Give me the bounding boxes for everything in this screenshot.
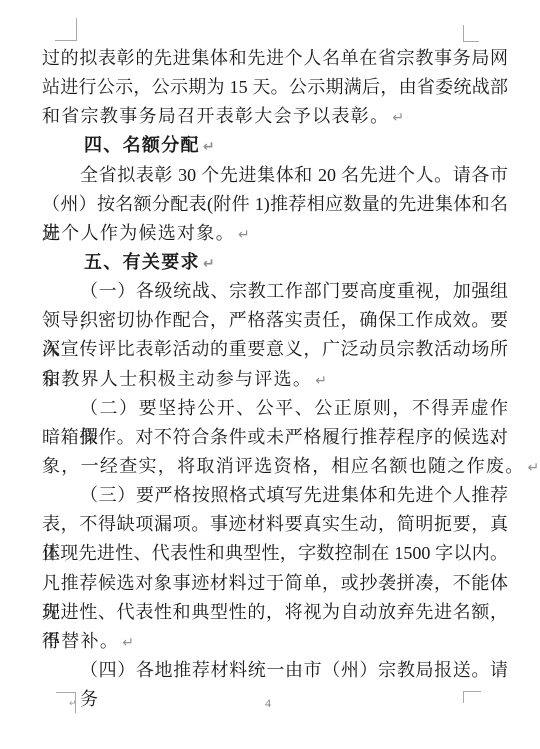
crop-mark-top-left (55, 18, 77, 41)
section-heading: 五、有关要求↵ (42, 248, 508, 277)
text-line: 和省宗教事务局召开表彰大会予以表彰。↵ (42, 102, 508, 131)
text-line-content: 过的拟表彰的先进集体和先进个人名单在省宗教事务局网 (42, 48, 508, 68)
text-line: （四）各地推荐材料统一由市（州）宗教局报送。请务 (42, 656, 508, 685)
text-line: 得替补。↵ (42, 627, 508, 656)
text-line: 暗箱操作。对不符合条件或未严格履行推荐程序的候选对 (42, 423, 508, 452)
text-line: 入宣传评比表彰活动的重要意义，广泛动员宗教活动场所和 (42, 335, 508, 364)
text-line: 领导，密切协作配合，严格落实责任，确保工作成效。要深 (42, 306, 508, 335)
text-line: 表，不得缺项漏项。事迹材料要真实生动，简明扼要，真正 (42, 510, 508, 539)
text-line-content: （四）各地推荐材料统一由市（州）宗教局报送。请务 (80, 660, 508, 709)
text-line: 象，一经查实，将取消评选资格，相应名额也随之作废。↵ (42, 452, 508, 481)
text-line-content: 进个人作为候选对象。 (42, 223, 235, 243)
text-line: （一）各级统战、宗教工作部门要高度重视，加强组织 (42, 277, 508, 306)
text-line: 先进性、代表性和典型性的，将视为自动放弃先进名额，不 (42, 598, 508, 627)
text-line-content: 体现先进性、代表性和典型性，字数控制在 1500 字以内。 (42, 543, 508, 563)
paragraph-return-mark: ↵ (203, 139, 215, 155)
document-page: 过的拟表彰的先进集体和先进个人名单在省宗教事务局网站进行公示，公示期为 15 天… (0, 0, 540, 749)
paragraph-return-mark: ↵ (392, 110, 404, 126)
text-line-content: 象，一经查实，将取消评选资格，相应名额也随之作废。 (42, 456, 525, 476)
section-heading: 四、名额分配↵ (42, 131, 508, 160)
text-line-content: （三）要严格按照格式填写先进集体和先进个人推荐 (80, 485, 508, 505)
text-line-content: 和省宗教事务局召开表彰大会予以表彰。 (42, 106, 389, 126)
text-line-content: 站进行公示，公示期为 15 天。公示期满后，由省委统战部 (42, 77, 508, 97)
footer-paragraph-mark: ↵ (69, 699, 77, 709)
text-line-content: 全省拟表彰 30 个先进集体和 20 名先进个人。请各市 (80, 165, 508, 185)
text-line: （二）要坚持公开、公平、公正原则，不得弄虚作假、 (42, 394, 508, 423)
paragraph-return-mark: ↵ (122, 635, 134, 651)
text-line-content: 四、名额分配 (84, 135, 200, 155)
text-line-content: 五、有关要求 (84, 252, 200, 272)
paragraph-return-mark: ↵ (528, 460, 540, 476)
text-line: 全省拟表彰 30 个先进集体和 20 名先进个人。请各市 (42, 161, 508, 190)
text-line-content: 暗箱操作。对不符合条件或未严格履行推荐程序的候选对 (42, 427, 508, 447)
text-line: 宗教界人士积极主动参与评选。↵ (42, 365, 508, 394)
text-line: 站进行公示，公示期为 15 天。公示期满后，由省委统战部 (42, 73, 508, 102)
paragraph-return-mark: ↵ (315, 373, 327, 389)
text-line-content: 得替补。 (42, 631, 119, 651)
text-line: 体现先进性、代表性和典型性，字数控制在 1500 字以内。 (42, 539, 508, 568)
paragraph-return-mark: ↵ (238, 227, 250, 243)
text-line: 凡推荐候选对象事迹材料过于简单，或抄袭拼凑，不能体现 (42, 569, 508, 598)
paragraph-return-mark: ↵ (203, 256, 215, 272)
crop-mark-top-right (463, 25, 479, 42)
page-number: 4 (256, 696, 280, 711)
text-line: （州）按名额分配表(附件 1)推荐相应数量的先进集体和名先 (42, 190, 508, 219)
text-line: 进个人作为候选对象。↵ (42, 219, 508, 248)
text-line: （三）要严格按照格式填写先进集体和先进个人推荐 (42, 481, 508, 510)
crop-mark-bottom-right (463, 691, 481, 703)
text-line: 过的拟表彰的先进集体和先进个人名单在省宗教事务局网 (42, 44, 508, 73)
text-line-content: 宗教界人士积极主动参与评选。 (42, 369, 312, 389)
